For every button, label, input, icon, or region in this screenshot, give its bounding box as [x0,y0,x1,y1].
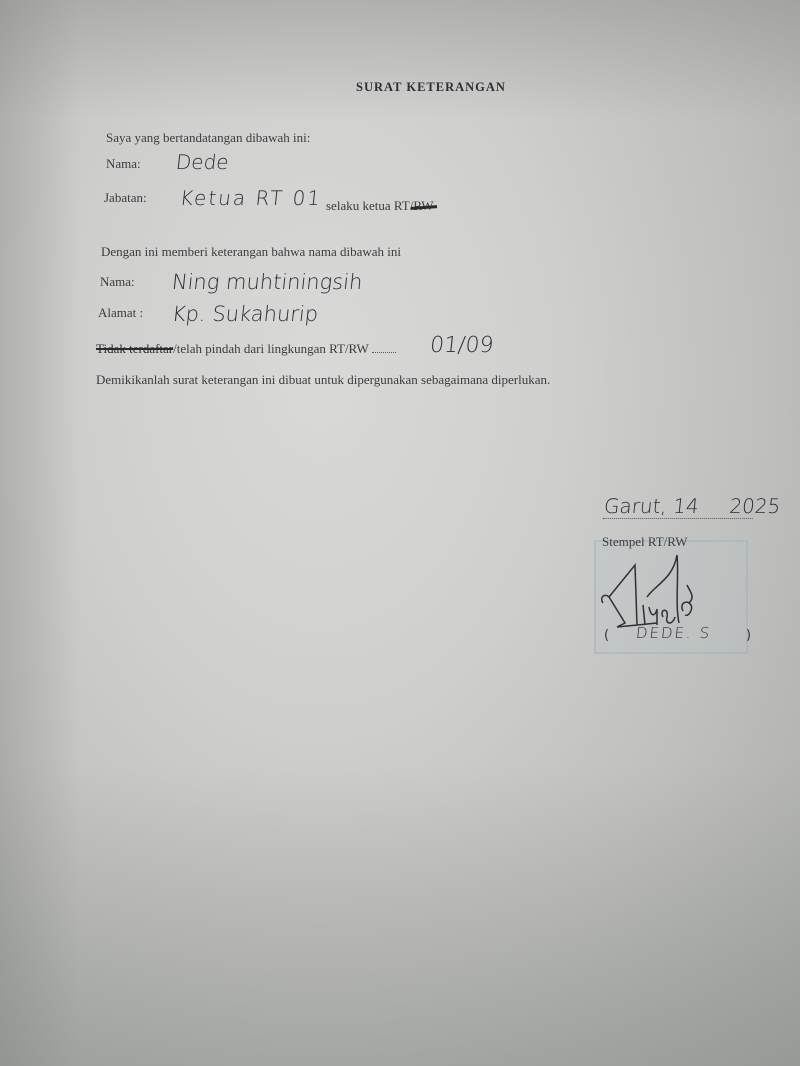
document-title: SURAT KETERANGAN [356,80,506,95]
signer-printed-name: DEDE. S [635,624,712,642]
subject-address-value: Kp. Sukahurip [171,302,320,326]
signer-position-value: Ketua RT 01 [179,186,324,210]
signer-position-label: Jabatan: [104,190,147,206]
open-bracket: ( [604,628,609,643]
status-line: Tidak terdaftar/telah pindah dari lingku… [96,341,396,357]
signer-position-suffix: selaku ketua RT/RW [326,198,434,214]
dotted-fill [372,352,396,353]
subject-name-value: Ning muhtiningsih [171,270,364,294]
photo-shadow-left [0,0,80,1066]
intro-text: Saya yang bertandatangan dibawah ini: [106,130,310,146]
photo-shadow-bottom [0,766,800,1066]
signer-name-label: Nama: [106,156,141,172]
close-bracket: ) [746,628,751,643]
struck-rw: RW [413,198,433,214]
closing-text: Demikikanlah surat keterangan ini dibuat… [96,372,550,388]
status-text: telah pindah dari lingkungan RT/RW [177,341,369,356]
place-date-year: 2025 [728,494,781,518]
signer-name-value: Dede [175,150,230,174]
statement-text: Dengan ini memberi keterangan bahwa nama… [101,244,401,260]
position-suffix-text: selaku ketua RT/ [326,198,413,213]
subject-address-label: Alamat : [98,305,143,321]
subject-name-label: Nama: [100,274,135,290]
place-date-place: Garut, 14 [603,494,700,518]
place-date: Garut, 14 2025 [603,494,756,519]
struck-option: Tidak terdaftar [96,341,173,356]
rt-rw-value: 01/09 [429,333,495,358]
photo-shadow-top [0,0,800,120]
